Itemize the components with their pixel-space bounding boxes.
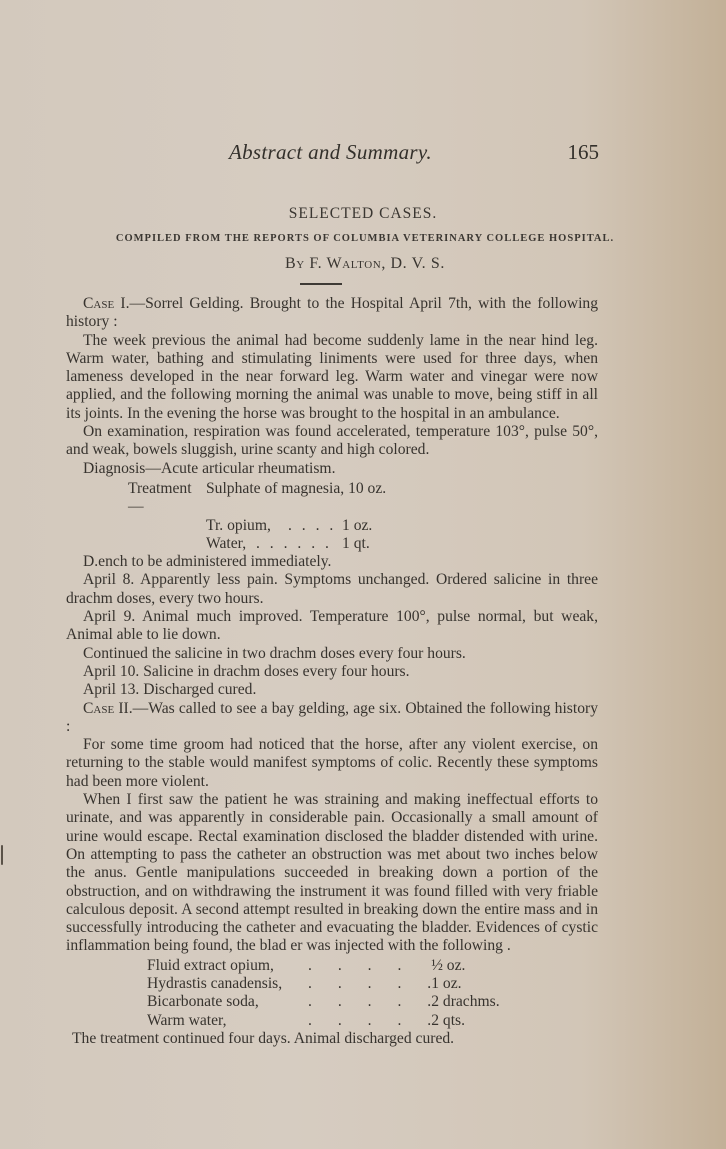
article-byline: By F. Walton, D. V. S. bbox=[0, 255, 726, 273]
treatment-row: Tr. opium, . . . . 1 oz. bbox=[128, 517, 598, 535]
case-1-treatment: Treatment— Sulphate of magnesia, 10 oz. … bbox=[128, 480, 598, 553]
treatment-row: Treatment— Sulphate of magnesia, 10 oz. bbox=[128, 480, 598, 517]
case-1-drench: D.ench to be administered immediately. bbox=[66, 553, 598, 571]
article-body: Case I.—Sorrel Gelding. Brought to the H… bbox=[66, 295, 598, 1048]
case-1-label: Case I. bbox=[83, 295, 130, 312]
case-1-entry: April 8. Apparently less pain. Symptoms … bbox=[66, 571, 598, 608]
case-1-diagnosis: Diagnosis—Acute articular rheumatism. bbox=[66, 460, 598, 478]
case-1-entry: April 13. Discharged cured. bbox=[66, 681, 598, 699]
case-1-entry: April 9. Animal much improved. Temperatu… bbox=[66, 608, 598, 645]
case-1-entry: Continued the salicine in two drachm dos… bbox=[66, 645, 598, 663]
prescription-row: Warm water, . . . . . . . . 2 qts. bbox=[147, 1012, 507, 1030]
article-subtitle: COMPILED FROM THE REPORTS OF COLUMBIA VE… bbox=[0, 233, 726, 244]
book-page: Abstract and Summary. 165 SELECTED CASES… bbox=[0, 0, 726, 1149]
prescription-row: Hydrastis canadensis, . . . . . . 1 oz. bbox=[147, 975, 507, 993]
case-2-label: Case II. bbox=[83, 700, 133, 717]
margin-mark bbox=[1, 845, 3, 865]
case-2-outcome: The treatment continued four days. Anima… bbox=[66, 1030, 598, 1048]
prescription-row: Bicarbonate soda, . . . . . . 2 drachms. bbox=[147, 993, 507, 1011]
case-2-prescription: Fluid extract opium, . . . . ½ oz. Hydra… bbox=[147, 957, 507, 1030]
case-1-examination: On examination, respiration was found ac… bbox=[66, 423, 598, 460]
prescription-row: Fluid extract opium, . . . . ½ oz. bbox=[147, 957, 507, 975]
case-1-intro: Case I.—Sorrel Gelding. Brought to the H… bbox=[66, 295, 598, 332]
case-2-history: For some time groom had noticed that the… bbox=[66, 736, 598, 791]
case-2-intro: Case II.—Was called to see a bay gelding… bbox=[66, 700, 598, 737]
case-1-history: The week previous the animal had become … bbox=[66, 332, 598, 423]
title-rule-divider bbox=[300, 283, 342, 285]
case-1-entry: April 10. Salicine in drachm doses every… bbox=[66, 663, 598, 681]
running-title: Abstract and Summary. bbox=[229, 140, 432, 165]
article-title: SELECTED CASES. bbox=[0, 205, 726, 223]
page-number: 165 bbox=[568, 140, 600, 165]
case-2-findings: When I first saw the patient he was stra… bbox=[66, 791, 598, 956]
running-head: Abstract and Summary. 165 bbox=[229, 140, 599, 165]
treatment-row: Water, . . . . . . 1 qt. bbox=[128, 535, 598, 553]
